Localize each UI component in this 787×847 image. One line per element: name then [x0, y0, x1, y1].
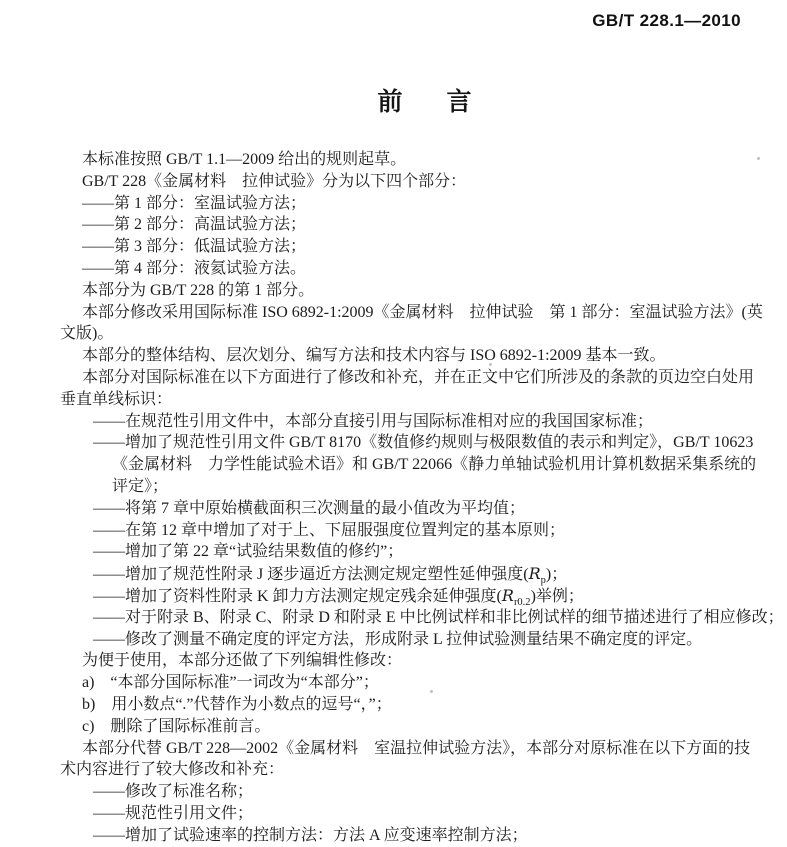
list-item-text: )；: [546, 566, 567, 583]
dash-list-item: ——增加了规范性引用文件 GB/T 8170《数值修约规则与极限数值的表示和判定…: [60, 432, 770, 454]
paragraph-line: GB/T 228《金属材料 拉伸试验》分为以下四个部分：: [60, 171, 770, 193]
dash-list-item: ——规范性引用文件；: [60, 803, 770, 825]
dash-list-item: ——增加了规范性附录 J 逐步逼近方法测定规定塑性延伸强度(Rp)；: [60, 563, 770, 585]
dash-list-item: ——增加了资料性附录 K 卸力方法测定规定残余延伸强度(Rr0.2)举例；: [60, 585, 770, 607]
page-title-char: 言: [447, 82, 472, 118]
document-page: GB/T 228.1—2010 前 言 本标准按照 GB/T 1.1—2009 …: [0, 0, 787, 847]
list-item-text: )举例；: [531, 588, 584, 605]
dash-list-item: ——将第 7 章中原始横截面积三次测量的最小值改为平均值；: [60, 498, 770, 520]
dash-list-item: ——对于附录 B、附录 C、附录 D 和附录 E 中比例试样和非比例试样的细节描…: [60, 607, 770, 629]
continuation-line: 垂直单线标识：: [60, 389, 770, 411]
paragraph-line: 本部分的整体结构、层次划分、编写方法和技术内容与 ISO 6892-1:2009…: [60, 345, 770, 367]
list-item-text: ——增加了资料性附录 K 卸力方法测定规定残余延伸强度(: [93, 588, 502, 605]
dash-list-item: ——修改了标准名称；: [60, 781, 770, 803]
paragraph-line: 本标准按照 GB/T 1.1—2009 给出的规则起草。: [60, 149, 770, 171]
dash-list-item: ——修改了测量不确定度的评定方法，形成附录 L 拉伸试验测量结果不确定度的评定。: [60, 629, 770, 651]
standard-number: GB/T 228.1—2010: [592, 11, 741, 31]
dash-list-item: ——第 2 部分：高温试验方法；: [60, 214, 770, 236]
dash-list-item: ——第 1 部分：室温试验方法；: [60, 193, 770, 215]
lettered-list-item: c) 删除了国际标准前言。: [60, 716, 770, 738]
continuation-line: 术内容进行了较大修改和补充：: [60, 759, 770, 781]
list-item-text: ——增加了规范性附录 J 逐步逼近方法测定规定塑性延伸强度(: [93, 566, 529, 583]
paragraph-line: 本部分代替 GB/T 228—2002《金属材料 室温拉伸试验方法》，本部分对原…: [60, 738, 770, 760]
continuation-line: 《金属材料 力学性能试验术语》和 GB/T 22066《静力单轴试验机用计算机数…: [60, 454, 770, 476]
lettered-list-item: a) “本部分国际标准”一词改为“本部分”；: [60, 672, 770, 694]
paragraph-line: 本部分为 GB/T 228 的第 1 部分。: [60, 280, 770, 302]
scan-speck: [757, 157, 760, 160]
scan-speck: [489, 363, 492, 366]
symbol-R: R: [529, 564, 541, 583]
dash-list-item: ——增加了第 22 章“试验结果数值的修约”；: [60, 541, 770, 563]
page-title: 前 言: [31, 82, 787, 118]
dash-list-item: ——第 3 部分：低温试验方法；: [60, 236, 770, 258]
lettered-list-item: b) 用小数点“.”代替作为小数点的逗号“，”；: [60, 694, 770, 716]
continuation-line: 文版)。: [60, 323, 770, 345]
dash-list-item: ——在第 12 章中增加了对于上、下屈服强度位置判定的基本原则；: [60, 520, 770, 542]
paragraph-line: 本部分修改采用国际标准 ISO 6892-1:2009《金属材料 拉伸试验 第 …: [60, 302, 770, 324]
paragraph-line: 为便于使用，本部分还做了下列编辑性修改：: [60, 650, 770, 672]
page-title-char: 前: [377, 82, 402, 118]
paragraph-line: 本部分对国际标准在以下方面进行了修改和补充，并在正文中它们所涉及的条款的页边空白…: [60, 367, 770, 389]
continuation-line: 评定》；: [60, 476, 770, 498]
symbol-R: R: [502, 586, 514, 605]
dash-list-item: ——增加了试验速率的控制方法：方法 A 应变速率控制方法；: [60, 825, 770, 847]
dash-list-item: ——在规范性引用文件中，本部分直接引用与国际标准相对应的我国国家标准；: [60, 411, 770, 433]
foreword-body: 本标准按照 GB/T 1.1—2009 给出的规则起草。 GB/T 228《金属…: [60, 149, 770, 847]
dash-list-item: ——第 4 部分：液氦试验方法。: [60, 258, 770, 280]
scan-speck: [430, 690, 433, 693]
